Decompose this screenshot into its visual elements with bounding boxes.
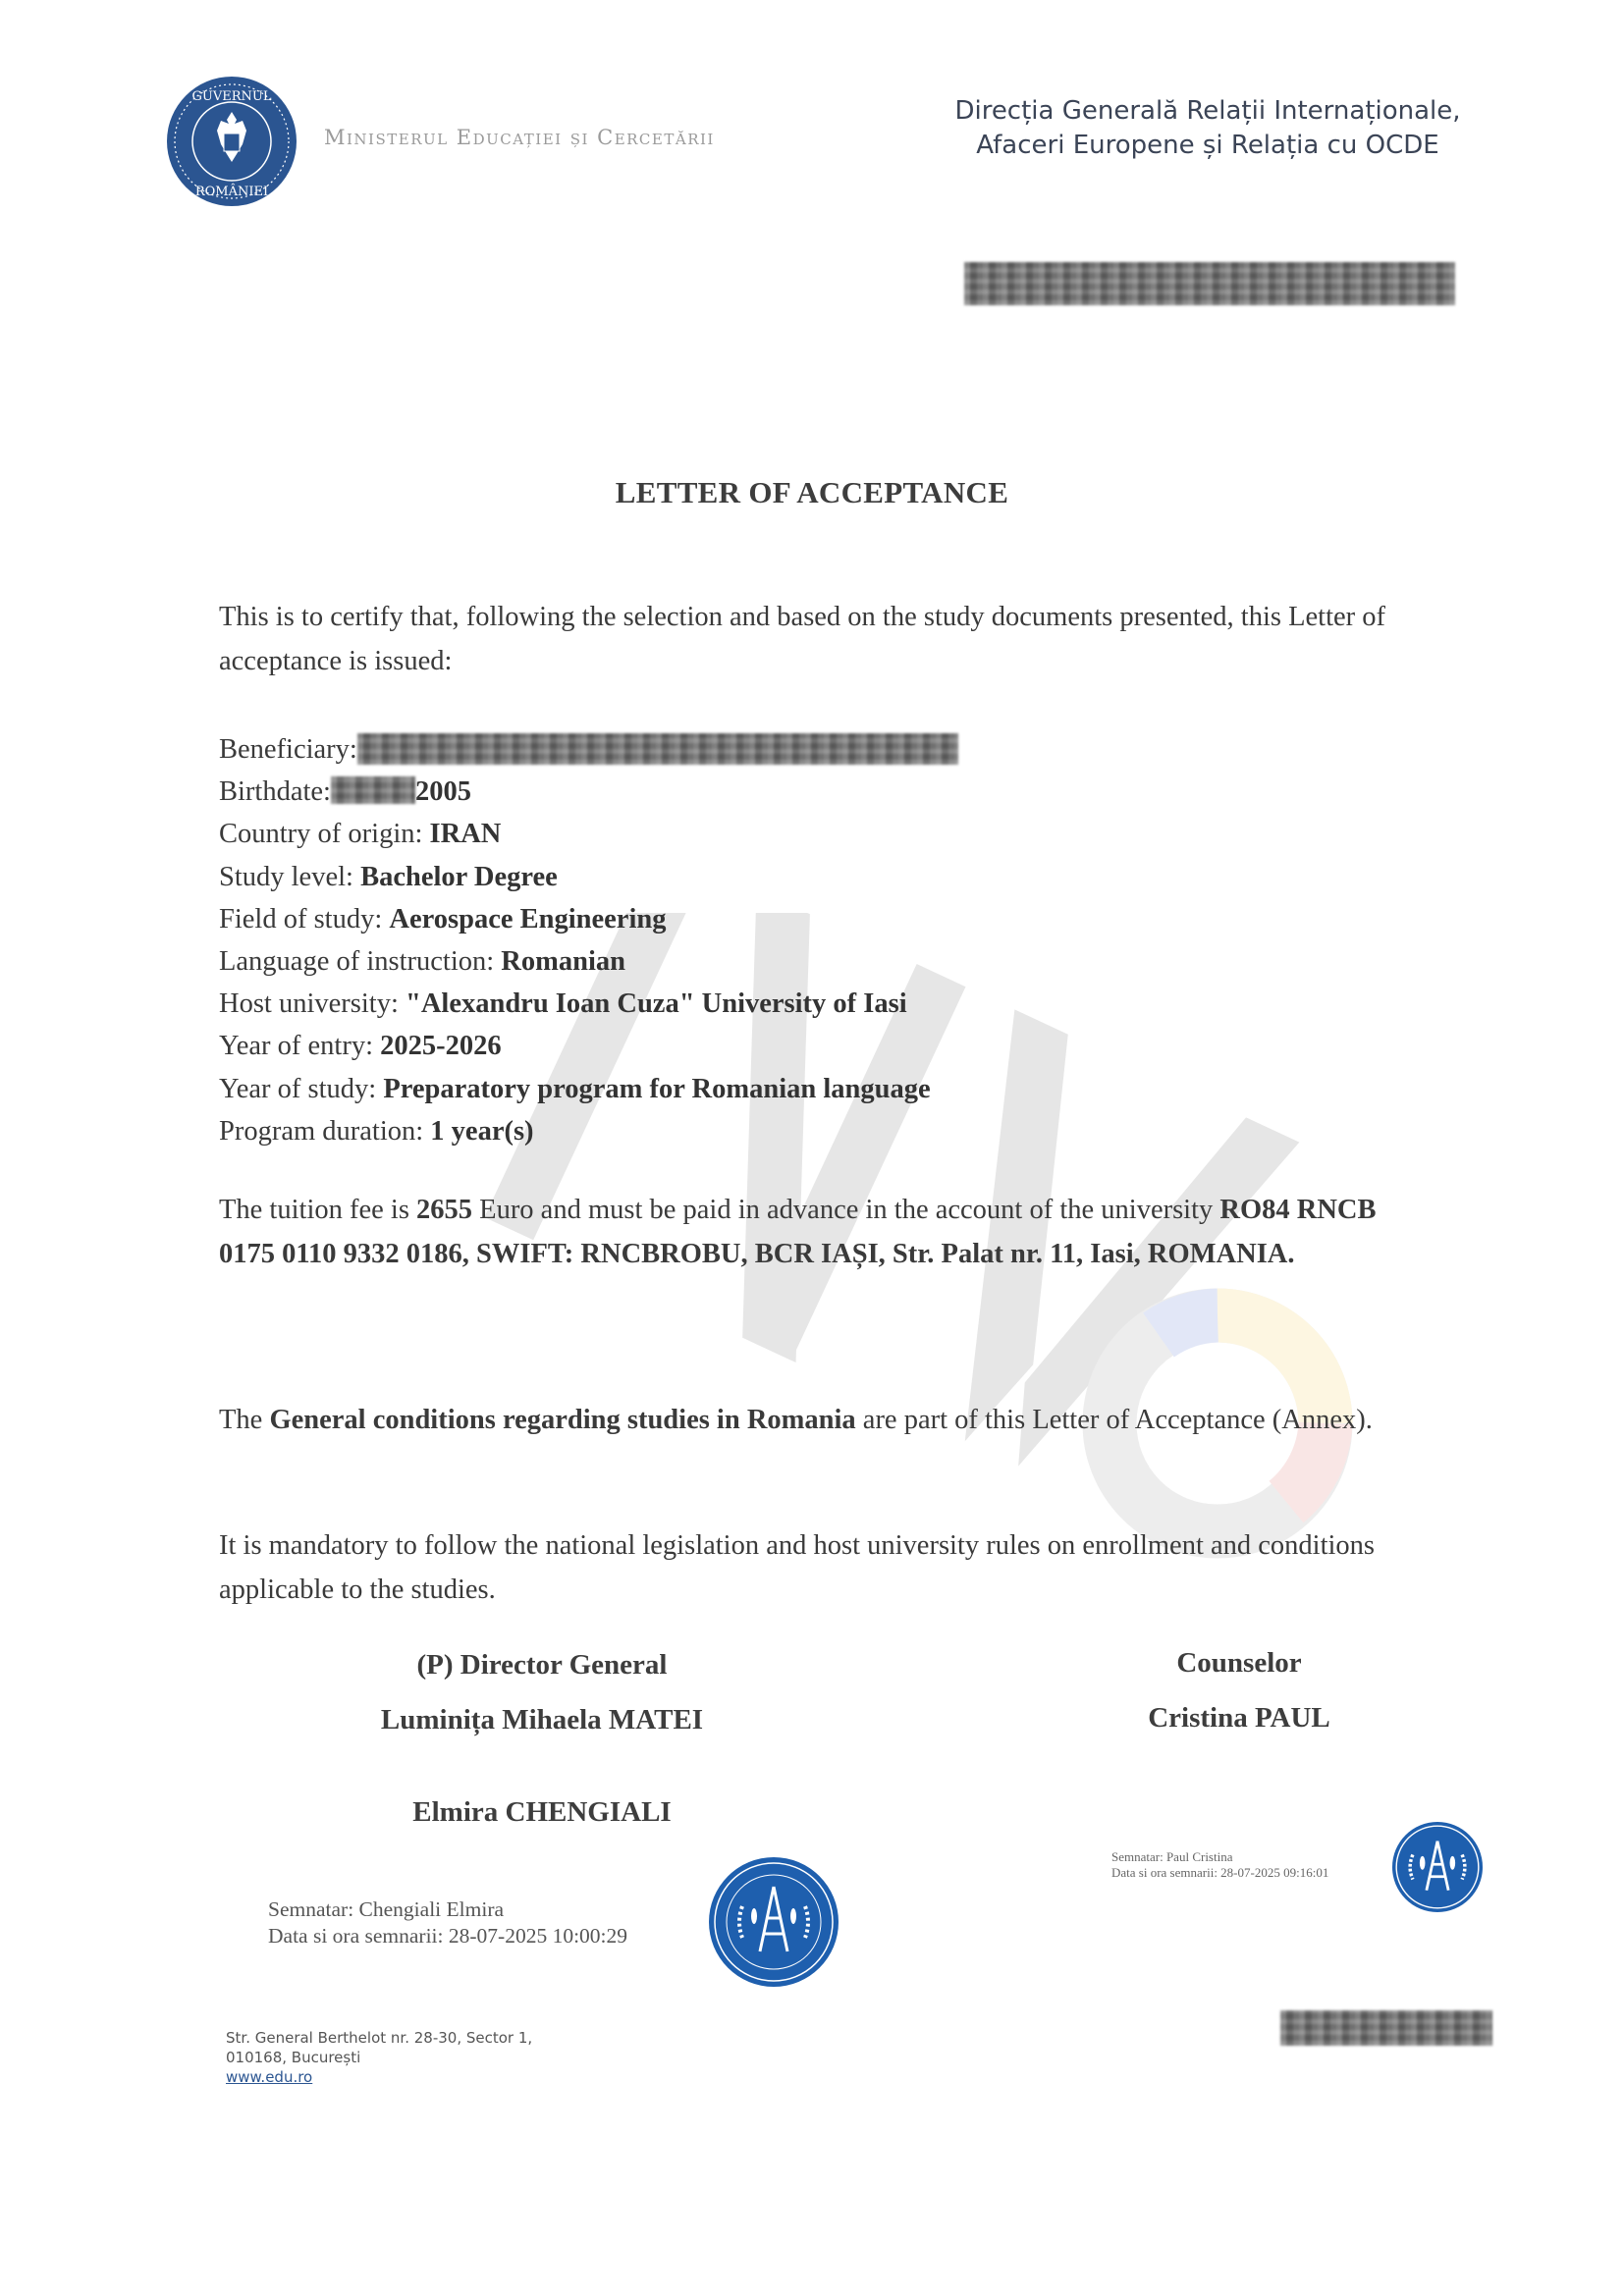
ministry-stamp-icon xyxy=(1392,1822,1483,1912)
electronic-signature-right: Semnatar: Paul Cristina Data si ora semn… xyxy=(1111,1849,1328,1881)
redacted-reference-number xyxy=(964,262,1455,305)
redacted-document-code xyxy=(1280,2010,1492,2046)
field-label: Birthdate: xyxy=(219,776,331,807)
field-label: Year of study: xyxy=(219,1074,383,1104)
field-field-of-study: Field of study: Aerospace Engineering xyxy=(219,898,958,940)
field-value: Romanian xyxy=(501,946,625,977)
directorate-name: Direcția Generală Relații Internaționale… xyxy=(923,94,1492,163)
field-value: 2025-2026 xyxy=(380,1031,502,1061)
address-line-2: 010168, București xyxy=(226,2048,532,2067)
field-label: Language of instruction: xyxy=(219,946,501,977)
esig-signer: Semnatar: Paul Cristina xyxy=(1111,1849,1328,1865)
tuition-fee-paragraph: The tuition fee is 2655 Euro and must be… xyxy=(219,1188,1427,1276)
fee-text: The tuition fee is xyxy=(219,1195,416,1225)
field-label: Study level: xyxy=(219,862,360,892)
electronic-signature-left: Semnatar: Chengiali Elmira Data si ora s… xyxy=(268,1896,627,1949)
field-label: Beneficiary: xyxy=(219,734,357,765)
address-line-1: Str. General Berthelot nr. 28-30, Sector… xyxy=(226,2028,532,2048)
esig-signer: Semnatar: Chengiali Elmira xyxy=(268,1896,627,1923)
ministry-name: Ministerul Educației și Cercetării xyxy=(324,126,715,149)
mandatory-paragraph: It is mandatory to follow the national l… xyxy=(219,1523,1427,1612)
conditions-paragraph: The General conditions regarding studies… xyxy=(219,1398,1427,1442)
signatory-title-director: (P) Director General xyxy=(346,1649,738,1682)
field-language: Language of instruction: Romanian xyxy=(219,940,958,983)
field-program-duration: Program duration: 1 year(s) xyxy=(219,1110,958,1152)
fee-amount: 2655 xyxy=(416,1195,472,1225)
field-value: Aerospace Engineering xyxy=(389,904,666,934)
redacted-birthdate xyxy=(331,776,415,804)
svg-text:GUVERNUL: GUVERNUL xyxy=(192,89,272,104)
conditions-text: The xyxy=(219,1405,269,1435)
field-host-university: Host university: "Alexandru Ioan Cuza" U… xyxy=(219,983,958,1025)
signatory-name-second: Elmira CHENGIALI xyxy=(346,1796,738,1829)
conditions-text: are part of this Letter of Acceptance (A… xyxy=(856,1405,1373,1435)
field-value: Preparatory program for Romanian languag… xyxy=(383,1074,930,1104)
footer-address: Str. General Berthelot nr. 28-30, Sector… xyxy=(226,2028,532,2087)
conditions-bold: General conditions regarding studies in … xyxy=(269,1405,855,1435)
field-value: Bachelor Degree xyxy=(360,862,558,892)
signatory-name-counselor: Cristina PAUL xyxy=(1092,1702,1386,1735)
document-title: LETTER OF ACCEPTANCE xyxy=(0,475,1624,510)
field-birthdate: Birthdate:2005 xyxy=(219,771,958,813)
beneficiary-details: Beneficiary: Birthdate:2005 Country of o… xyxy=(219,728,958,1152)
website-link[interactable]: www.edu.ro xyxy=(226,2067,532,2087)
signatory-name-director: Luminița Mihaela MATEI xyxy=(346,1704,738,1736)
government-seal-icon: GUVERNUL ROMÂNIEI xyxy=(167,77,297,206)
field-label: Host university: xyxy=(219,988,406,1019)
intro-paragraph: This is to certify that, following the s… xyxy=(219,595,1427,683)
field-country: Country of origin: IRAN xyxy=(219,813,958,855)
field-label: Field of study: xyxy=(219,904,389,934)
field-value: IRAN xyxy=(430,819,502,849)
svg-text:ROMÂNIEI: ROMÂNIEI xyxy=(195,184,268,199)
field-value: 2005 xyxy=(415,776,471,807)
ministry-stamp-icon xyxy=(709,1857,839,1987)
directorate-line-1: Direcția Generală Relații Internaționale… xyxy=(923,94,1492,129)
field-label: Year of entry: xyxy=(219,1031,380,1061)
directorate-line-2: Afaceri Europene și Relația cu OCDE xyxy=(923,129,1492,163)
field-study-level: Study level: Bachelor Degree xyxy=(219,856,958,898)
redacted-beneficiary-name xyxy=(357,733,958,765)
field-beneficiary: Beneficiary: xyxy=(219,728,958,771)
field-label: Program duration: xyxy=(219,1116,430,1147)
field-year-of-entry: Year of entry: 2025-2026 xyxy=(219,1025,958,1067)
field-value: 1 year(s) xyxy=(430,1116,533,1147)
esig-date: Data si ora semnarii: 28-07-2025 10:00:2… xyxy=(268,1923,627,1949)
field-year-of-study: Year of study: Preparatory program for R… xyxy=(219,1068,958,1110)
esig-date: Data si ora semnarii: 28-07-2025 09:16:0… xyxy=(1111,1865,1328,1881)
fee-text: Euro and must be paid in advance in the … xyxy=(472,1195,1219,1225)
signatory-title-counselor: Counselor xyxy=(1092,1647,1386,1680)
field-value: "Alexandru Ioan Cuza" University of Iasi xyxy=(406,988,907,1019)
field-label: Country of origin: xyxy=(219,819,430,849)
